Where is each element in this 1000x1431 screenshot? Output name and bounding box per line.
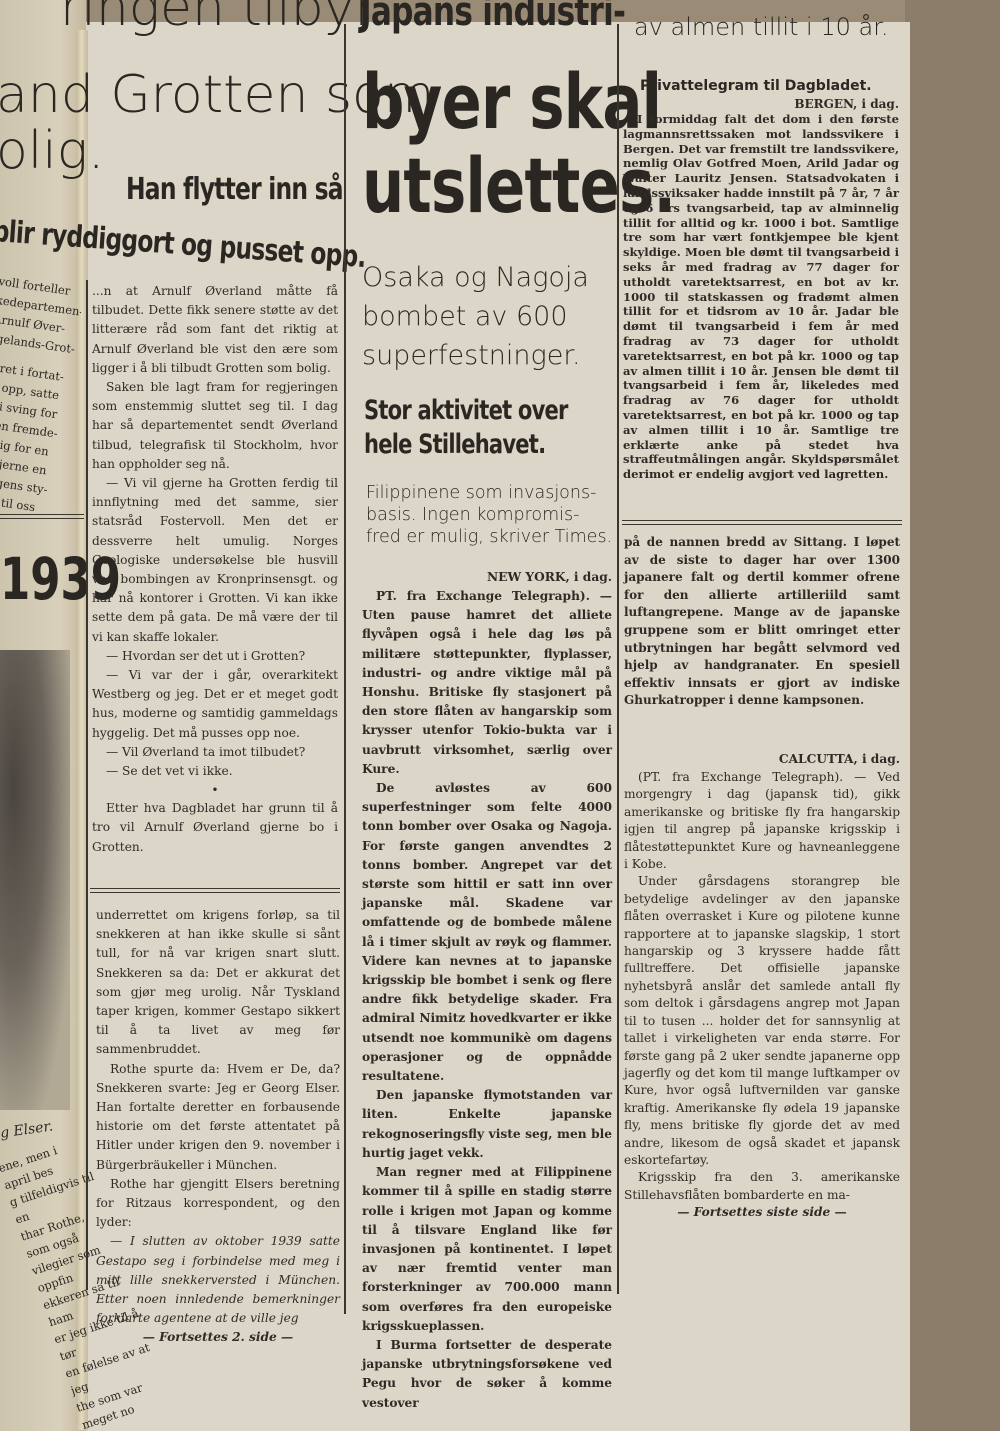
column-rule	[86, 280, 88, 1290]
article-burma: på de nannen bredd av Sittang. I løpet a…	[624, 534, 900, 710]
continued-note: — Fortsettes 2. side —	[96, 1328, 340, 1347]
article-divider	[622, 520, 902, 525]
deck-line: Osaka og Nagoja	[362, 258, 589, 297]
paragraph: — Se det vet vi ikke.	[92, 762, 338, 781]
deck-line: fred er mulig, skriver Times.	[366, 526, 612, 548]
paragraph: Rothe spurte da: Hvem er De, da? Snekker…	[96, 1060, 340, 1175]
article-calcutta: CALCUTTA, i dag. (PT. fra Exchange Teleg…	[624, 750, 900, 1222]
background-right	[905, 0, 1000, 1431]
paragraph: Krigsskip fra den 3. amerikanske Stilleh…	[624, 1169, 900, 1204]
dateline: BERGEN, i dag.	[623, 96, 899, 112]
paragraph: — Hvordan ser det ut i Grotten?	[92, 647, 338, 666]
paragraph: — Vi var der i går, overarkitekt Westber…	[92, 666, 338, 743]
paragraph: PT. fra Exchange Telegraph). — Uten paus…	[362, 587, 612, 779]
kicker: Privattelegram til Dagbladet.	[640, 78, 872, 94]
column-rule	[344, 24, 346, 1314]
quote-paragraph: — I slutten av oktober 1939 satte Gestap…	[96, 1232, 340, 1328]
paragraph: — Vi vil gjerne ha Grotten ferdig til in…	[92, 474, 338, 647]
paragraph: De avløstes av 600 superfestninger som f…	[362, 779, 612, 1086]
deck-line: bombet av 600	[362, 297, 589, 336]
article-bergen: BERGEN, i dag. I formiddag falt det dom …	[623, 96, 899, 482]
dateline: NEW YORK, i dag.	[362, 568, 612, 587]
continued-note: — Fortsettes siste side —	[624, 1204, 900, 1221]
paragraph: Etter hva Dagbladet har grunn til å tro …	[92, 799, 338, 857]
dateline: CALCUTTA, i dag.	[624, 750, 900, 769]
cut-headline-top: Japans industri-	[360, 0, 625, 34]
paragraph: Under gårsdagens storangrep ble betydeli…	[624, 873, 900, 1169]
fold-divider	[0, 514, 84, 519]
paragraph: I Burma fortsetter de desperate japanske…	[362, 1336, 612, 1413]
article-japan: NEW YORK, i dag. PT. fra Exchange Telegr…	[362, 568, 612, 1413]
paragraph: — Vil Øverland ta imot tilbudet?	[92, 743, 338, 762]
column-rule	[617, 24, 619, 1294]
deck-line: Filippinene som invasjons-	[366, 482, 612, 504]
deck-line: basis. Ingen kompromis-	[366, 504, 612, 526]
subhead: Stor aktivitet over hele Stillehavet.	[364, 394, 568, 462]
deck: Osaka og Nagoja bombet av 600 superfestn…	[362, 258, 589, 375]
paragraph: Man regner med at Filippinene kommer til…	[362, 1163, 612, 1336]
article-divider	[90, 888, 340, 893]
cut-headline-top: ringen tilbyr	[60, 0, 376, 34]
article-elser: underrettet om krigens forløp, sa til sn…	[96, 906, 340, 1348]
subhead-line: hele Stillehavet.	[364, 428, 568, 462]
subhead-line-1: Han flytter inn så	[126, 172, 343, 207]
headline-line-2: olig.	[0, 124, 104, 178]
paragraph: underrettet om krigens forløp, sa til sn…	[96, 906, 340, 1060]
paragraph: Rothe har gjengitt Elsers beretning for …	[96, 1175, 340, 1233]
paragraph: (PT. fra Exchange Telegraph). — Ved morg…	[624, 769, 900, 873]
separator-dot: •	[92, 781, 338, 799]
paragraph: Saken ble lagt fram for regjeringen som …	[92, 378, 338, 474]
cut-headline-top: av almen tillit i 10 år.	[634, 14, 888, 40]
paragraph: ...n at Arnulf Øverland måtte få tilbude…	[92, 282, 338, 378]
paragraph: Den japanske flymotstanden var liten. En…	[362, 1086, 612, 1163]
deck-line: superfestninger.	[362, 336, 589, 375]
subhead-line: Stor aktivitet over	[364, 394, 568, 428]
deck-2: Filippinene som invasjons- basis. Ingen …	[366, 482, 612, 548]
paragraph: I formiddag falt det dom i den første la…	[623, 112, 899, 482]
article-grotten: ...n at Arnulf Øverland måtte få tilbude…	[92, 282, 338, 857]
portrait-photo	[0, 650, 70, 1110]
paragraph: på de nannen bredd av Sittang. I løpet a…	[624, 534, 900, 710]
